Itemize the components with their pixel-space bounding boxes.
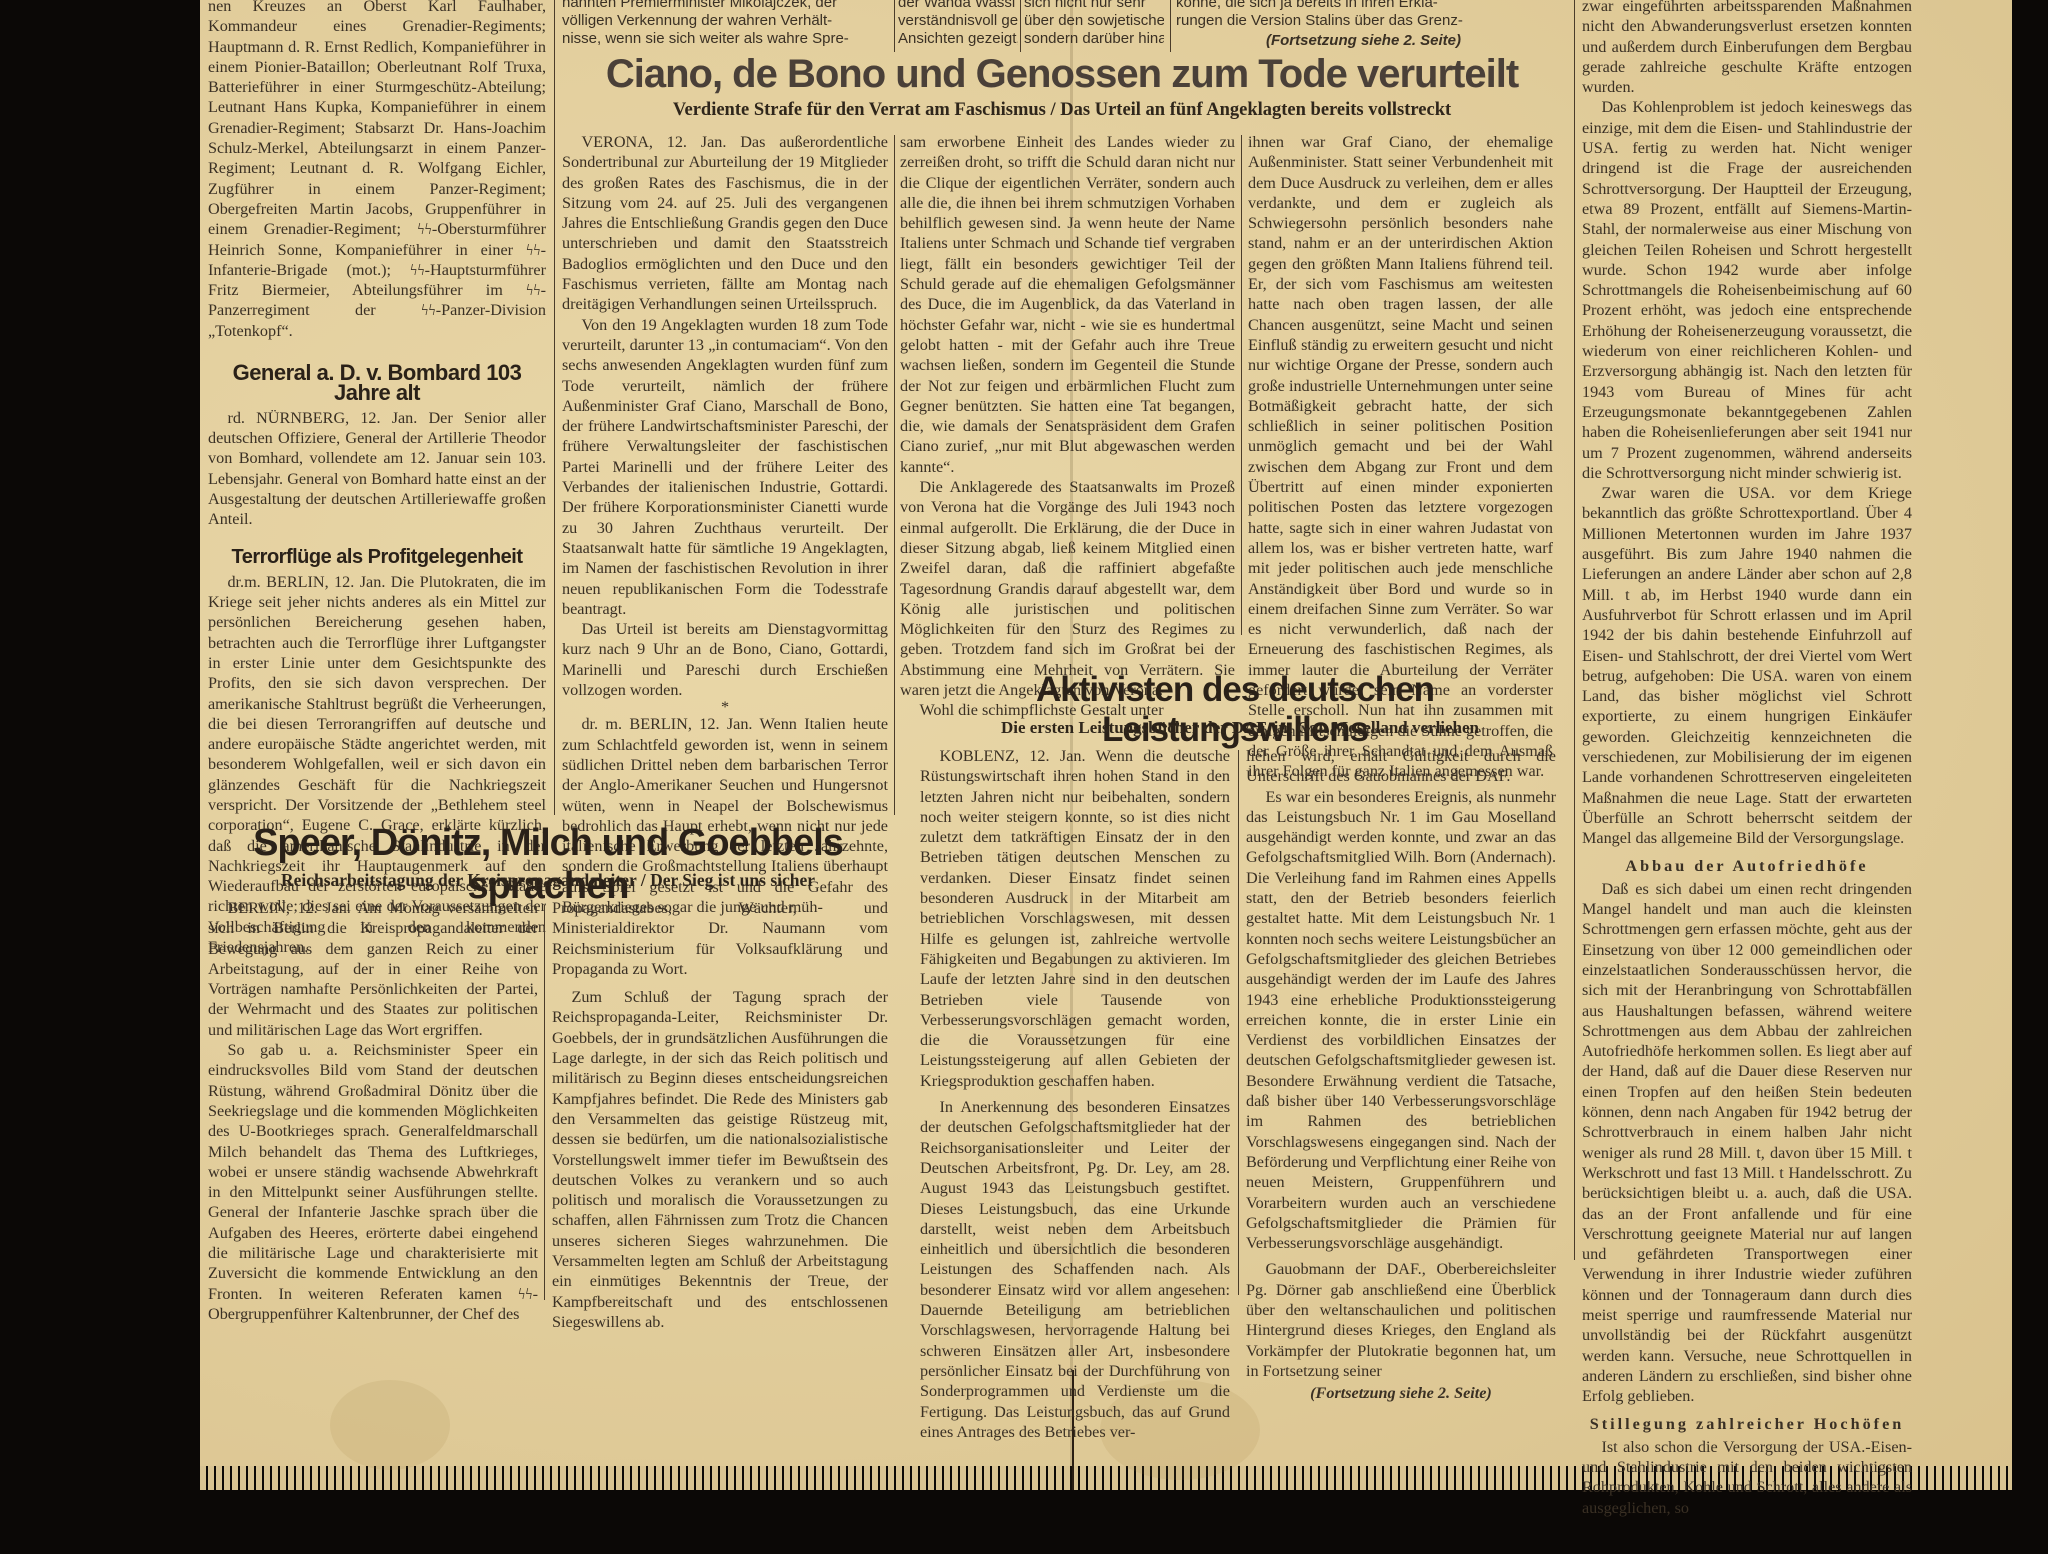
text-line: Ansichten gezeigt, [898,30,1018,48]
text-line: sondern darüber hinaus [1024,30,1164,48]
continuation-note: (Fortsetzung siehe 2. Seite) [1246,1383,1556,1403]
speer-headline: Speer, Dönitz, Milch und Goebbels sprach… [208,822,888,908]
column-rule [554,0,555,815]
text-line: sich nicht nur sehr [1024,0,1164,12]
text-line: verständnisvoll geg [898,12,1018,30]
text-line: rungen die Version Stalins über das Gren… [1176,12,1551,30]
article-paragraph: Daß es sich dabei um einen recht dringen… [1582,879,1912,1407]
ciano-column-b: sam erworbene Einheit des Landes wieder … [900,132,1235,721]
article-paragraph: BERLIN, 12. Jan. Am Montag versammelten … [208,898,538,1040]
article-paragraph: Gauobmann der DAF., Oberbereichsleiter P… [1246,1259,1556,1381]
top-strip-mid1: der Wanda Wassi verständnisvoll geg Ansi… [898,0,1018,48]
column-rule [1241,135,1242,635]
ciano-subheadline: Verdiente Strafe für den Verrat am Fasch… [562,100,1562,121]
ciano-column-a: VERONA, 12. Jan. Das außerordentliche So… [562,132,888,917]
usa-subhead-autofriedhoefe: Abbau der Autofriedhöfe [1582,856,1912,876]
asterisk-divider: * [562,700,888,714]
article-paragraph: Ist also schon die Versorgung der USA.-E… [1582,1437,1912,1518]
article-paragraph: Propagandastabes, Wächter, und Ministeri… [552,898,888,979]
article-paragraph: Das Urteil ist bereits am Dienstagvormit… [562,619,888,700]
article-paragraph: KOBLENZ, 12. Jan. Wenn die deutsche Rüst… [920,746,1230,1091]
column-rule [544,905,545,1300]
usa-subhead-hochoefen: Stillegung zahlreicher Hochöfen [1582,1414,1912,1434]
top-strip-left: nannten Premierminister Mikolajczek, der… [562,0,892,48]
daf-subheadline: Die ersten Leistungsbücher der DAF. im G… [930,718,1550,738]
continuation-note: (Fortsetzung siehe 2. Seite) [1176,32,1551,50]
text-line: nannten Premierminister Mikolajczek, der [562,0,892,12]
text-line: könne, die sich ja bereits in ihren Erkl… [1176,0,1551,12]
column-rule [1238,750,1239,1295]
text-line: über den sowjetischen [1024,12,1164,30]
terror-headline: Terrorflüge als Profitgelegenheit [208,547,546,567]
article-paragraph: zwar eingeführten arbeitssparenden Maßna… [1582,0,1912,97]
article-paragraph: Es war ein besonderes Ereignis, als nunm… [1246,787,1556,1254]
text-line: völligen Verkennung der wahren Verhält- [562,12,892,30]
article-paragraph: VERONA, 12. Jan. Das außerordentliche So… [562,132,888,315]
bombard-text: rd. NÜRNBERG, 12. Jan. Der Senior aller … [208,408,546,530]
article-paragraph: Von den 19 Angeklagten wurden 18 zum Tod… [562,315,888,619]
column-rule [894,0,895,52]
speer-column-a: BERLIN, 12. Jan. Am Montag versammelten … [208,898,538,1324]
article-paragraph: So gab u. a. Reichsminister Speer ein ei… [208,1040,538,1324]
bombard-headline: General a. D. v. Bombard 103 Jahre alt [208,363,546,404]
article-paragraph: Die Anklagerede des Staatsanwalts im Pro… [900,477,1235,700]
daf-column-b: liehen wird, erhält Gültigkeit durch die… [1246,746,1556,1404]
top-strip-mid2: sich nicht nur sehr über den sowjetische… [1024,0,1164,48]
speer-subheadline: Reichsarbeitstagung der Kreispropagandal… [208,870,888,891]
daf-headline: Aktivisten des deutschen Leistungswillen… [900,670,1570,750]
usa-column: zwar eingeführten arbeitssparenden Maßna… [1582,0,1912,1518]
article-paragraph: Das Kohlenproblem ist jedoch keineswegs … [1582,97,1912,483]
awards-text: nen Kreuzes an Oberst Karl Faulhaber, Ko… [208,0,546,341]
column-rule [1170,0,1171,52]
column-rule [1020,0,1021,52]
ciano-headline: Ciano, de Bono und Genossen zum Tode ver… [562,52,1562,97]
text-line: der Wanda Wassi [898,0,1018,12]
article-paragraph: sam erworbene Einheit des Landes wieder … [900,132,1235,477]
water-stain [330,1380,450,1470]
daf-column-a: KOBLENZ, 12. Jan. Wenn die deutsche Rüst… [920,746,1230,1442]
text-line: nisse, wenn sie sich weiter als wahre Sp… [562,30,892,48]
column-1: nen Kreuzes an Oberst Karl Faulhaber, Ko… [208,0,546,957]
article-paragraph: In Anerkennung des besonderen Einsatzes … [920,1097,1230,1442]
article-paragraph: Zwar waren die USA. vor dem Kriege bekan… [1582,483,1912,848]
speer-column-b: Propagandastabes, Wächter, und Ministeri… [552,898,888,1332]
top-strip-right: könne, die sich ja bereits in ihren Erkl… [1176,0,1551,50]
article-paragraph: liehen wird, erhält Gültigkeit durch die… [1246,746,1556,787]
column-rule [1574,0,1575,1260]
article-paragraph: Zum Schluß der Tagung sprach der Reichsp… [552,987,888,1332]
column-rule [894,135,895,815]
